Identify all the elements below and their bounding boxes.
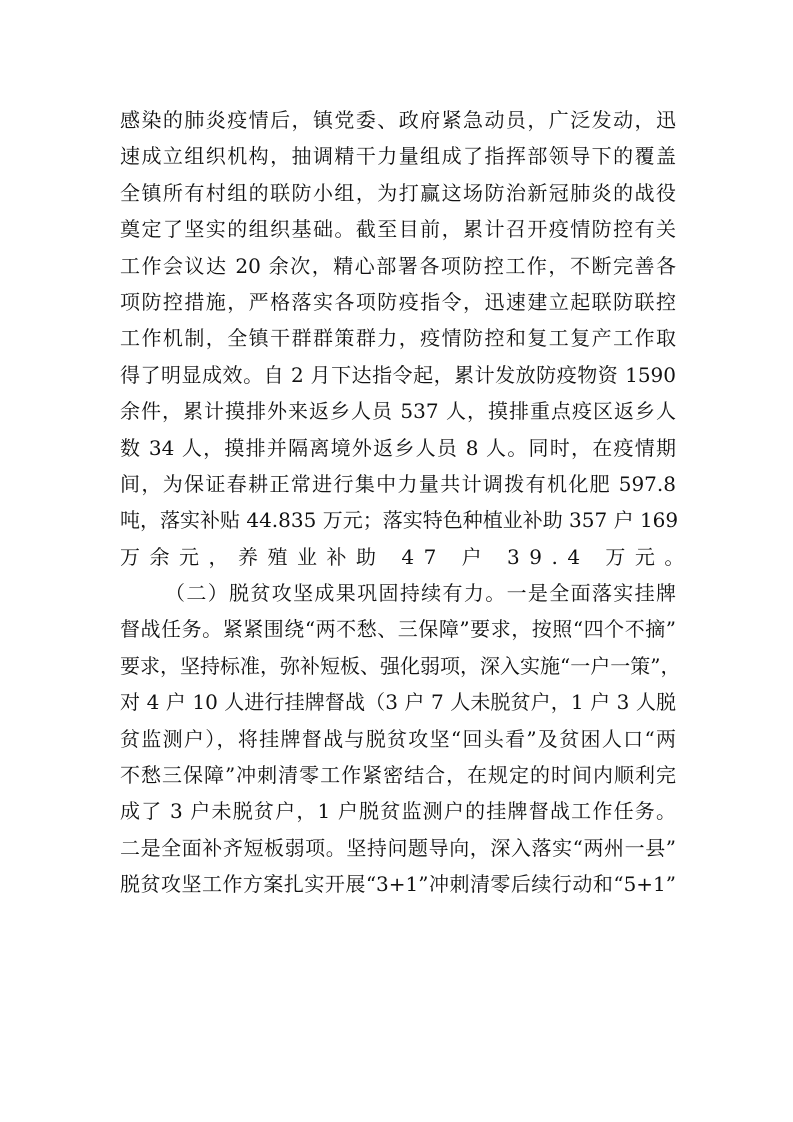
text-line-content: 贫监测户），将挂牌督战与脱贫攻坚“回头看”及贫困人口“两 [120,727,676,751]
text-line: 贫监测户），将挂牌督战与脱贫攻坚“回头看”及贫困人口“两 [120,721,676,757]
text-line-content: 数 34 人，摸排并隔离境外返乡人员 8 人。同时，在疫情期 [120,436,676,460]
text-line-content: 要求，坚持标准，弥补短板、强化弱项，深入实施“一户一策”， [120,654,680,678]
document-body: 感染的肺炎疫情后，镇党委、政府紧急动员，广泛发动，迅 速成立组织机构，抽调精干力… [120,102,676,903]
text-line: 吨，落实补贴 44.835 万元；落实特色种植业补助 357 户 169 [120,502,676,538]
section-heading-line: （二）脱贫攻坚成果巩固持续有力。一是全面落实挂牌 [120,575,676,611]
text-line-content: 感染的肺炎疫情后，镇党委、政府紧急动员，广泛发动，迅 [120,108,676,132]
text-line: 感染的肺炎疫情后，镇党委、政府紧急动员，广泛发动，迅 [120,102,676,138]
text-line-content: 不愁三保障”冲刺清零工作紧密结合，在规定的时间内顺利完 [120,763,676,787]
text-line: 奠定了坚实的组织基础。截至目前，累计召开疫情防控有关 [120,211,676,247]
text-line-content: 全镇所有村组的联防小组，为打赢这场防治新冠肺炎的战役 [120,181,676,205]
text-line-content: 工作会议达 20 余次，精心部署各项防控工作，不断完善各 [120,254,676,278]
text-line: 间，为保证春耕正常进行集中力量共计调拨有机化肥 597.8 [120,466,676,502]
text-line: 得了明显成效。自 2 月下达指令起，累计发放防疫物资 1590 [120,357,676,393]
document-page: 感染的肺炎疫情后，镇党委、政府紧急动员，广泛发动，迅 速成立组织机构，抽调精干力… [0,0,793,1122]
text-line: 二是全面补齐短板弱项。坚持问题导向，深入落实“两州一县” [120,830,676,866]
text-line: 要求，坚持标准，弥补短板、强化弱项，深入实施“一户一策”， [120,648,676,684]
text-line-content: 余件，累计摸排外来返乡人员 537 人，摸排重点疫区返乡人 [120,399,676,423]
text-line: 督战任务。紧紧围绕“两不愁、三保障”要求，按照“四个不摘” [120,611,676,647]
text-line: 成了 3 户未脱贫户，1 户脱贫监测户的挂牌督战工作任务。 [120,793,676,829]
text-line: 工作会议达 20 余次，精心部署各项防控工作，不断完善各 [120,248,676,284]
text-line: 不愁三保障”冲刺清零工作紧密结合，在规定的时间内顺利完 [120,757,676,793]
text-line: 对 4 户 10 人进行挂牌督战（3 户 7 人未脱贫户，1 户 3 人脱 [120,684,676,720]
text-line-content: 二是全面补齐短板弱项。坚持问题导向，深入落实“两州一县” [120,836,676,860]
text-line: 余件，累计摸排外来返乡人员 537 人，摸排重点疫区返乡人 [120,393,676,429]
paragraph-poverty-alleviation: （二）脱贫攻坚成果巩固持续有力。一是全面落实挂牌 督战任务。紧紧围绕“两不愁、三… [120,575,676,903]
text-line: 速成立组织机构，抽调精干力量组成了指挥部领导下的覆盖 [120,138,676,174]
text-line-content: 督战任务。紧紧围绕“两不愁、三保障”要求，按照“四个不摘” [120,617,676,641]
text-line-content: 得了明显成效。自 2 月下达指令起，累计发放防疫物资 1590 [120,363,676,387]
text-line: 全镇所有村组的联防小组，为打赢这场防治新冠肺炎的战役 [120,175,676,211]
text-line-content: 速成立组织机构，抽调精干力量组成了指挥部领导下的覆盖 [120,144,676,168]
text-line: 工作机制，全镇干群群策群力，疫情防控和复工复产工作取 [120,320,676,356]
text-line-content: 项防控措施，严格落实各项防疫指令，迅速建立起联防联控 [120,290,676,314]
text-line-content: 万余元，养殖业补助 47 户 39.4 万元。 [120,545,694,569]
text-line: 脱贫攻坚工作方案扎实开展“3+1”冲刺清零后续行动和“5+1” [120,866,676,902]
text-line-content: 成了 3 户未脱贫户，1 户脱贫监测户的挂牌督战工作任务。 [120,799,676,823]
text-line-content: 工作机制，全镇干群群策群力，疫情防控和复工复产工作取 [120,326,676,350]
text-line-content: 吨，落实补贴 44.835 万元；落实特色种植业补助 357 户 169 [120,508,678,532]
text-line-content: 间，为保证春耕正常进行集中力量共计调拨有机化肥 597.8 [120,472,676,496]
text-line-content: 脱贫攻坚工作方案扎实开展“3+1”冲刺清零后续行动和“5+1” [120,872,676,896]
text-line: 项防控措施，严格落实各项防疫指令，迅速建立起联防联控 [120,284,676,320]
text-line-content: （二）脱贫攻坚成果巩固持续有力。一是全面落实挂牌 [165,581,676,605]
text-line-content: 对 4 户 10 人进行挂牌督战（3 户 7 人未脱贫户，1 户 3 人脱 [120,690,676,714]
paragraph-epidemic-prevention: 感染的肺炎疫情后，镇党委、政府紧急动员，广泛发动，迅 速成立组织机构，抽调精干力… [120,102,676,575]
text-line-content: 奠定了坚实的组织基础。截至目前，累计召开疫情防控有关 [120,217,676,241]
text-line: 数 34 人，摸排并隔离境外返乡人员 8 人。同时，在疫情期 [120,430,676,466]
text-line: 万余元，养殖业补助 47 户 39.4 万元。 [120,539,676,575]
